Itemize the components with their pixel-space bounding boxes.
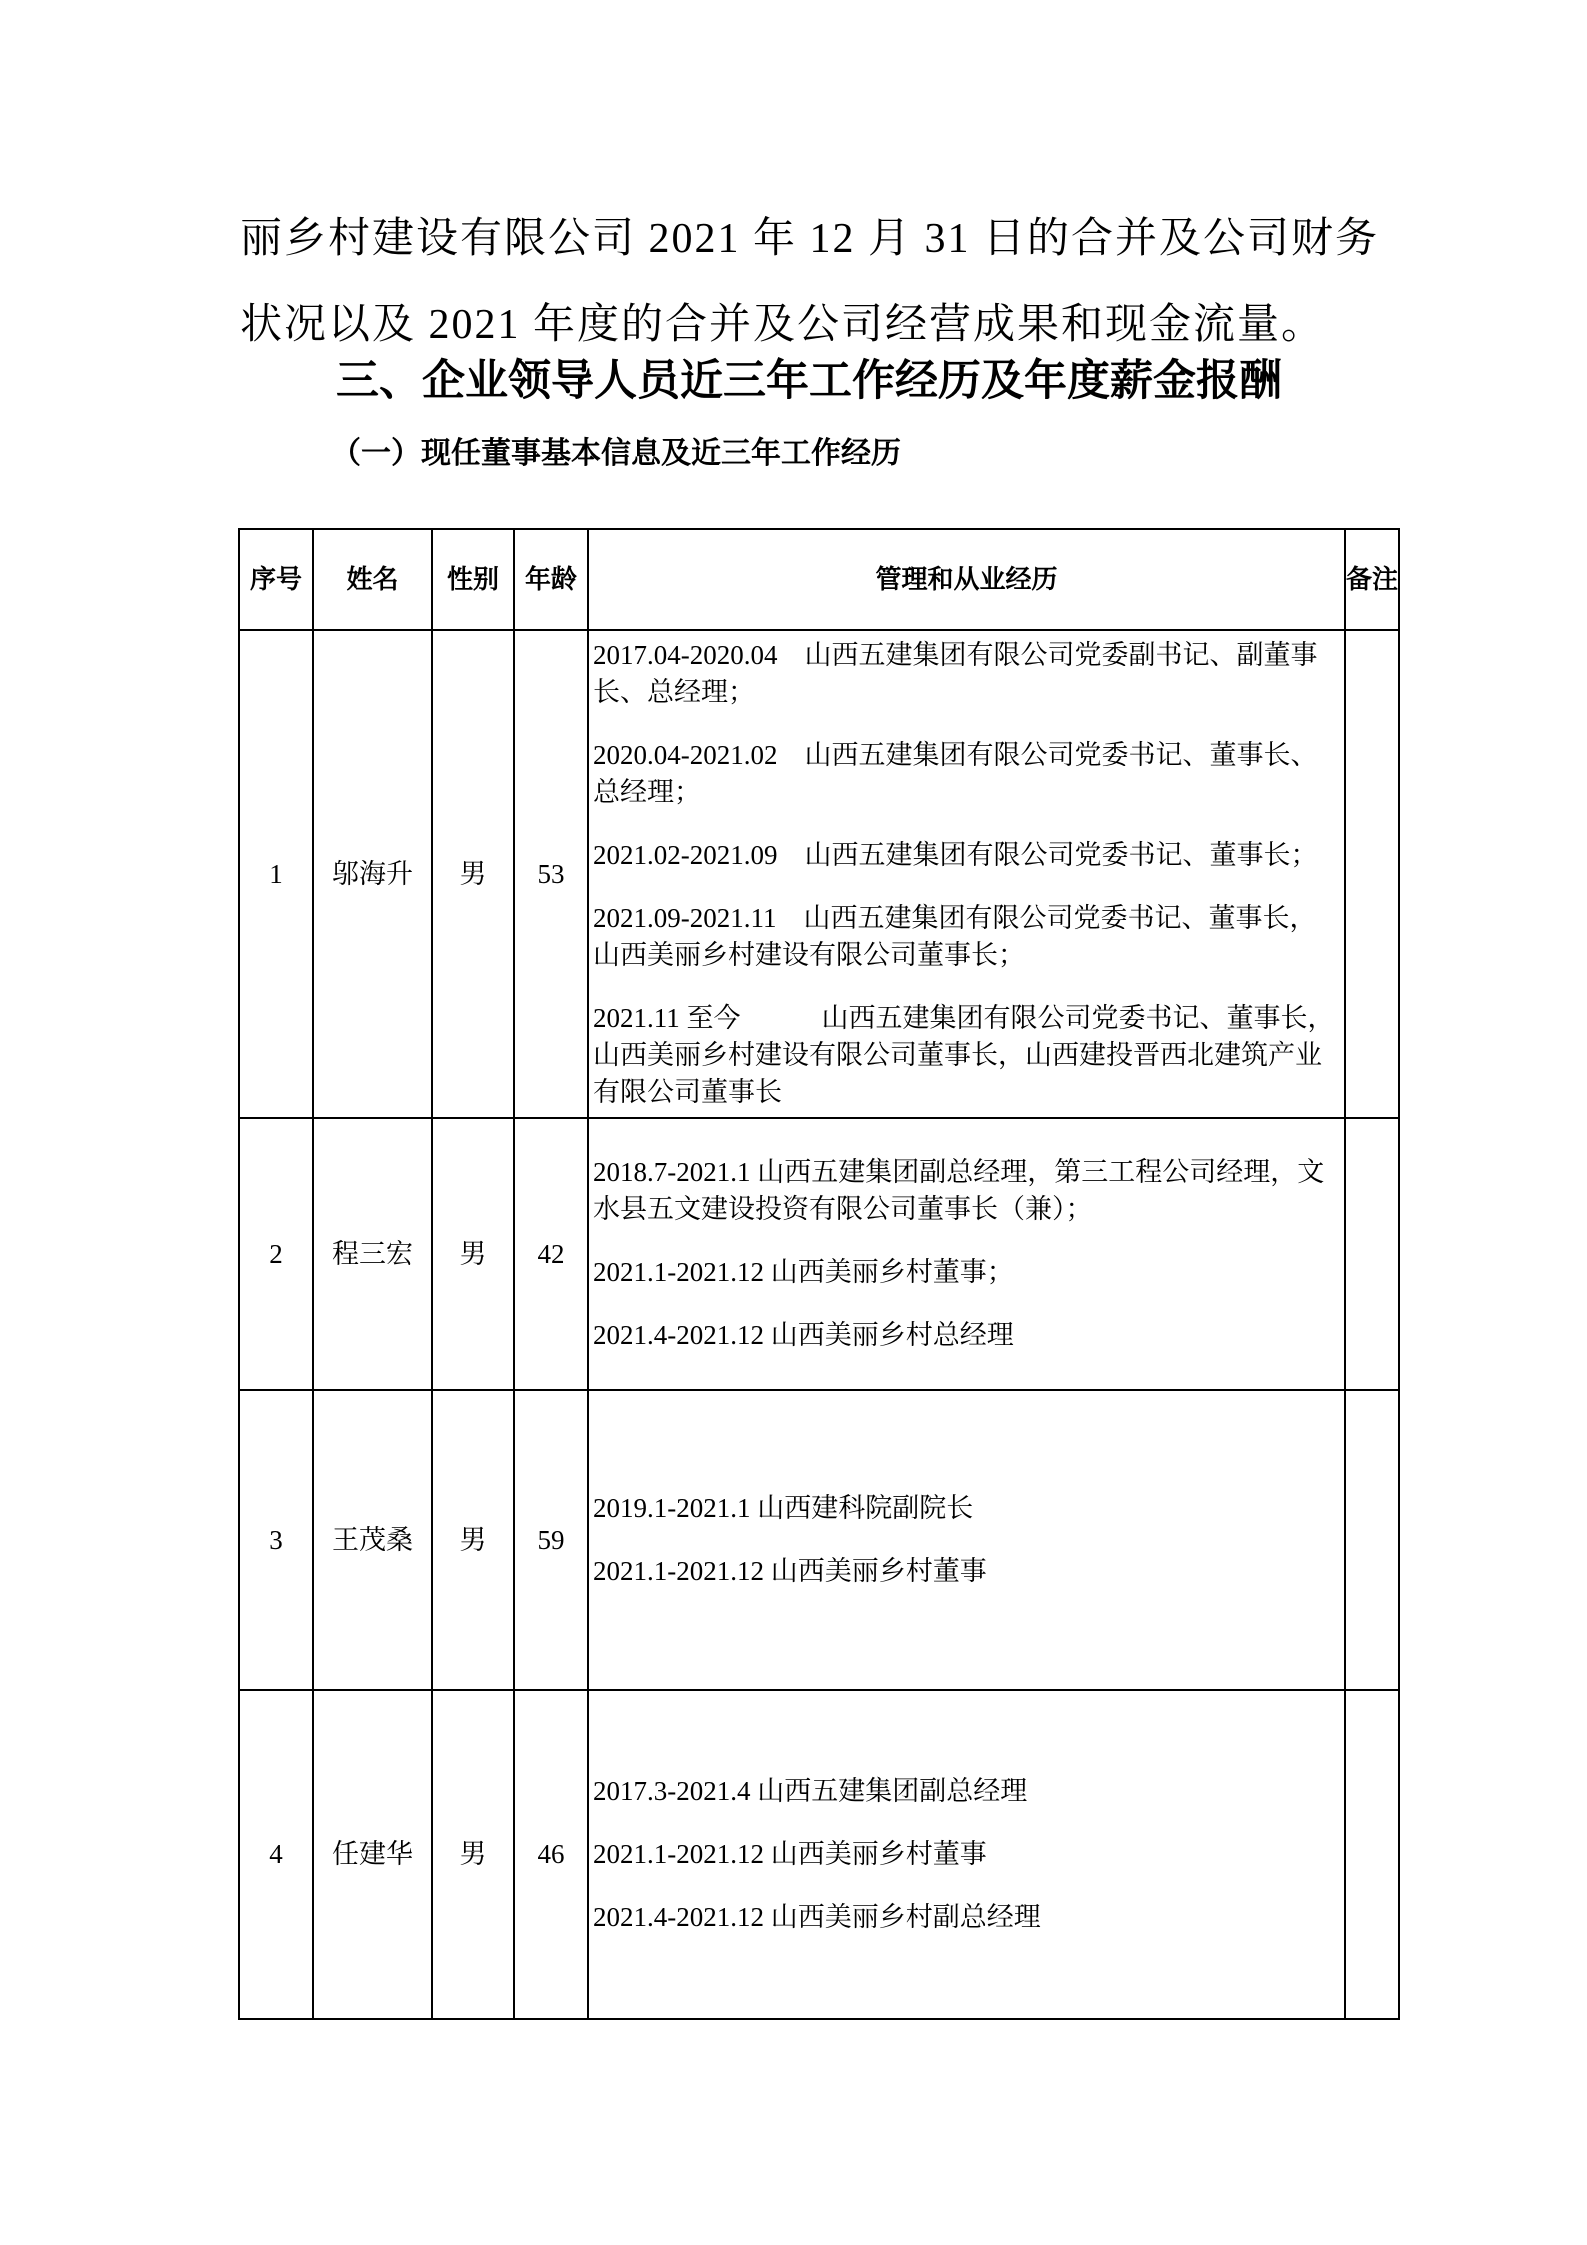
intro-paragraph: 丽乡村建设有限公司 2021 年 12 月 31 日的合并及公司财务 状况以及 … [240, 196, 1370, 368]
name-cell: 任建华 [313, 1690, 432, 2019]
header-name: 姓名 [313, 529, 432, 630]
experience-cell: 2019.1-2021.1 山西建科院副院长 2021.1-2021.12 山西… [588, 1390, 1345, 1690]
age-cell: 42 [514, 1118, 588, 1390]
experience-entry: 2021.1-2021.12 山西美丽乡村董事； [593, 1254, 1340, 1291]
experience-entry: 2021.1-2021.12 山西美丽乡村董事 [593, 1553, 1340, 1590]
age-cell: 46 [514, 1690, 588, 2019]
gender-cell: 男 [432, 1118, 514, 1390]
table-row: 2 程三宏 男 42 2018.7-2021.1 山西五建集团副总经理，第三工程… [239, 1118, 1399, 1390]
table-header-row: 序号 姓名 性别 年龄 管理和从业经历 备注 [239, 529, 1399, 630]
experience-entry: 2018.7-2021.1 山西五建集团副总经理，第三工程公司经理，文水县五文建… [593, 1154, 1340, 1228]
remark-cell [1345, 1390, 1399, 1690]
experience-entry: 2021.4-2021.12 山西美丽乡村副总经理 [593, 1899, 1340, 1936]
experience-entry: 2017.3-2021.4 山西五建集团副总经理 [593, 1773, 1340, 1810]
age-cell: 53 [514, 630, 588, 1118]
experience-entry: 2021.11 至今 山西五建集团有限公司党委书记、董事长，山西美丽乡村建设有限… [593, 1000, 1340, 1111]
gender-cell: 男 [432, 1390, 514, 1690]
header-experience: 管理和从业经历 [588, 529, 1345, 630]
experience-cell: 2018.7-2021.1 山西五建集团副总经理，第三工程公司经理，文水县五文建… [588, 1118, 1345, 1390]
intro-line-1: 丽乡村建设有限公司 2021 年 12 月 31 日的合并及公司财务 [240, 196, 1370, 282]
seq-cell: 2 [239, 1118, 313, 1390]
experience-entry: 2020.04-2021.02 山西五建集团有限公司党委书记、董事长、总经理； [593, 737, 1340, 811]
header-age: 年龄 [514, 529, 588, 630]
experience-entry: 2017.04-2020.04 山西五建集团有限公司党委副书记、副董事长、总经理… [593, 637, 1340, 711]
header-gender: 性别 [432, 529, 514, 630]
gender-cell: 男 [432, 630, 514, 1118]
seq-cell: 1 [239, 630, 313, 1118]
remark-cell [1345, 1690, 1399, 2019]
experience-cell: 2017.3-2021.4 山西五建集团副总经理 2021.1-2021.12 … [588, 1690, 1345, 2019]
remark-cell [1345, 630, 1399, 1118]
experience-entry: 2021.02-2021.09 山西五建集团有限公司党委书记、董事长； [593, 837, 1340, 874]
section-heading: 三、企业领导人员近三年工作经历及年度薪金报酬 [336, 352, 1282, 410]
directors-table: 序号 姓名 性别 年龄 管理和从业经历 备注 1 邬海升 男 53 2017.0… [238, 528, 1400, 2020]
seq-cell: 3 [239, 1390, 313, 1690]
table-row: 4 任建华 男 46 2017.3-2021.4 山西五建集团副总经理 2021… [239, 1690, 1399, 2019]
age-cell: 59 [514, 1390, 588, 1690]
document-page: 丽乡村建设有限公司 2021 年 12 月 31 日的合并及公司财务 状况以及 … [0, 0, 1587, 2245]
sub-heading: （一）现任董事基本信息及近三年工作经历 [331, 430, 901, 478]
experience-entry: 2021.1-2021.12 山西美丽乡村董事 [593, 1836, 1340, 1873]
experience-cell: 2017.04-2020.04 山西五建集团有限公司党委副书记、副董事长、总经理… [588, 630, 1345, 1118]
header-seq: 序号 [239, 529, 313, 630]
table-row: 1 邬海升 男 53 2017.04-2020.04 山西五建集团有限公司党委副… [239, 630, 1399, 1118]
experience-entry: 2021.09-2021.11 山西五建集团有限公司党委书记、董事长，山西美丽乡… [593, 900, 1340, 974]
experience-entry: 2019.1-2021.1 山西建科院副院长 [593, 1490, 1340, 1527]
name-cell: 邬海升 [313, 630, 432, 1118]
name-cell: 王茂桑 [313, 1390, 432, 1690]
header-remark: 备注 [1345, 529, 1399, 630]
remark-cell [1345, 1118, 1399, 1390]
seq-cell: 4 [239, 1690, 313, 2019]
experience-entry: 2021.4-2021.12 山西美丽乡村总经理 [593, 1317, 1340, 1354]
name-cell: 程三宏 [313, 1118, 432, 1390]
table-row: 3 王茂桑 男 59 2019.1-2021.1 山西建科院副院长 2021.1… [239, 1390, 1399, 1690]
gender-cell: 男 [432, 1690, 514, 2019]
